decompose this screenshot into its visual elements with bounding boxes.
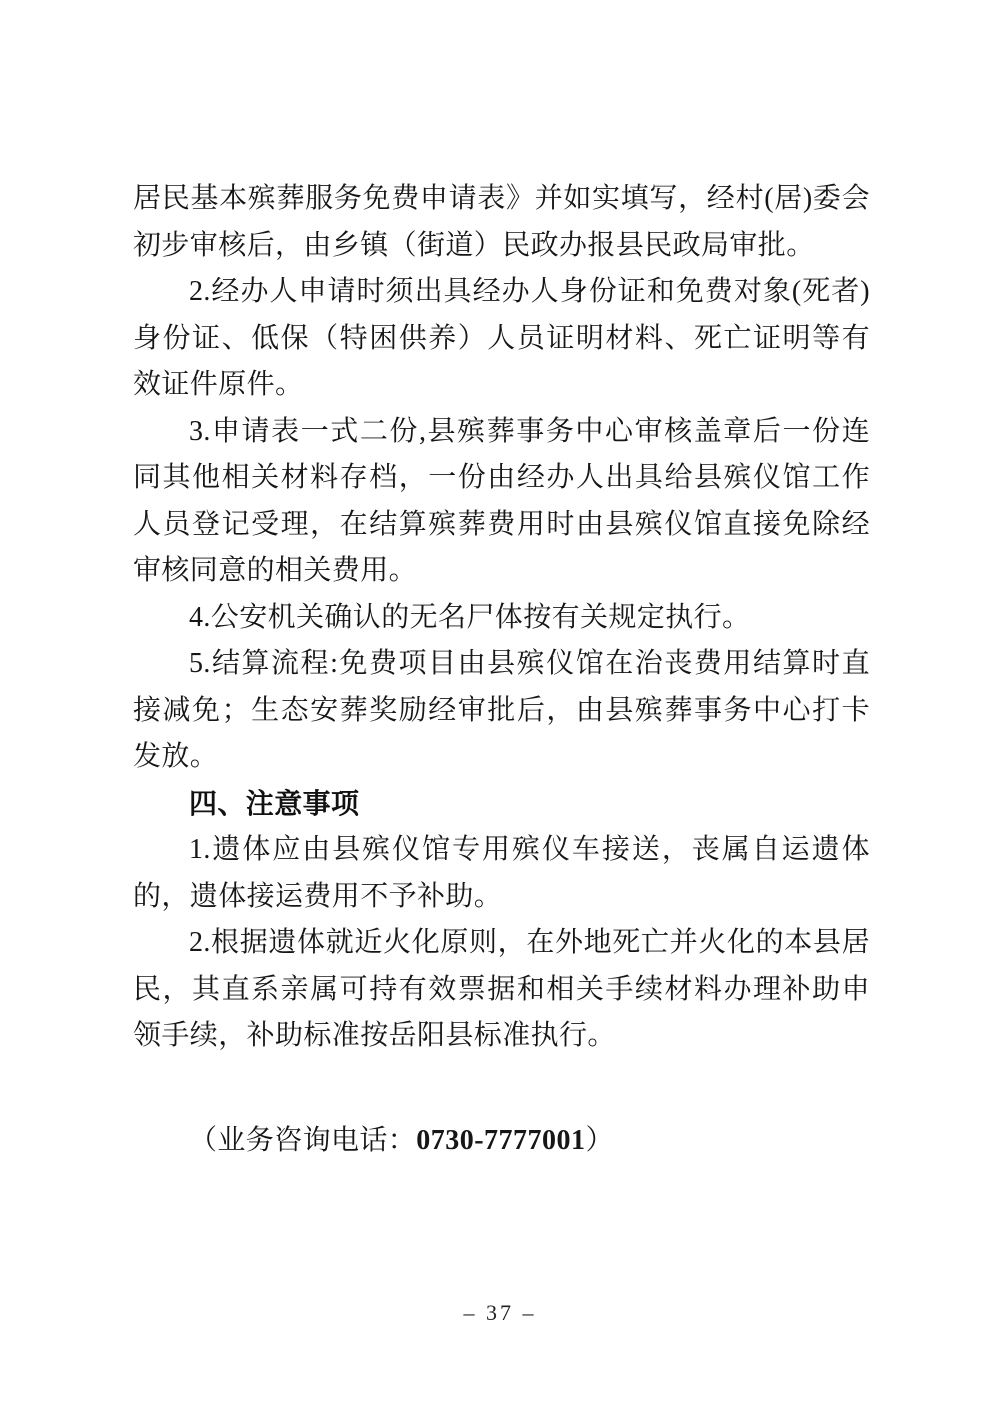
contact-suffix: ） [586,1125,614,1156]
contact-phone: 0730-7777001 [416,1125,585,1156]
paragraph-item-3: 3.申请表一式二份,县殡葬事务中心审核盖章后一份连同其他相关材料存档，一份由经办… [133,409,870,595]
document-page: 居民基本殡葬服务免费申请表》并如实填写，经村(居)委会初步审核后，由乡镇（街道）… [0,0,1000,1414]
note-paragraph-2: 2.根据遗体就近火化原则，在外地死亡并火化的本县居民，其直系亲属可持有效票据和相… [133,920,870,1060]
contact-prefix: （业务咨询电话： [189,1125,416,1156]
section-heading: 四、注意事项 [133,781,870,828]
paragraph-item-5: 5.结算流程:免费项目由县殡仪馆在治丧费用结算时直接减免；生态安葬奖励经审批后，… [133,641,870,781]
paragraph-continuation: 居民基本殡葬服务免费申请表》并如实填写，经村(居)委会初步审核后，由乡镇（街道）… [133,176,870,269]
page-number: – 37 – [0,1300,1000,1326]
note-paragraph-1: 1.遗体应由县殡仪馆专用殡仪车接送，丧属自运遗体的，遗体接运费用不予补助。 [133,827,870,920]
paragraph-item-4: 4.公安机关确认的无名尸体按有关规定执行。 [133,595,870,642]
contact-line: （业务咨询电话：0730-7777001） [133,1118,870,1165]
paragraph-item-2: 2.经办人申请时须出具经办人身份证和免费对象(死者)身份证、低保（特困供养）人员… [133,269,870,409]
document-body: 居民基本殡葬服务免费申请表》并如实填写，经村(居)委会初步审核后，由乡镇（街道）… [133,176,870,1164]
